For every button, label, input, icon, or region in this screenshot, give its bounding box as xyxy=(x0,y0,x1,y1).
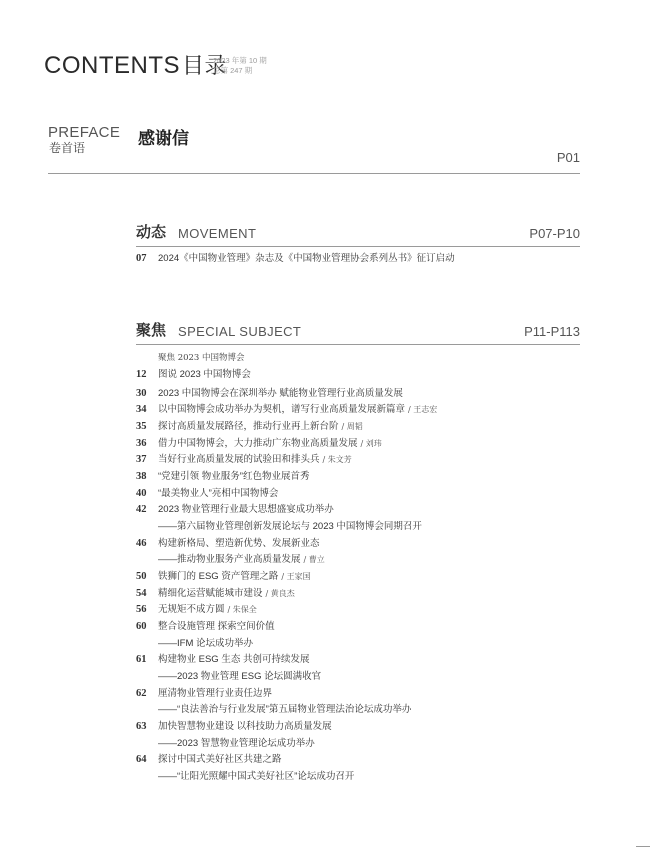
movement-page-range: P07-P10 xyxy=(529,226,580,241)
special-page-range: P11-P113 xyxy=(524,324,580,339)
preface-title[interactable]: 感谢信 xyxy=(138,129,189,149)
entry-author: / 周韬 xyxy=(342,422,363,431)
entry-author: / 黄良杰 xyxy=(266,589,295,598)
toc-entry[interactable]: 302023 中国物博会在深圳举办 赋能物业管理行业高质量发展 xyxy=(136,386,403,402)
entry-page-number: 63 xyxy=(136,719,158,735)
toc-entry[interactable]: 60整合设施管理 探索空间价值 xyxy=(136,619,275,635)
entry-title: 构建新格局、塑造新优势、发展新业态 xyxy=(158,538,320,549)
toc-entry[interactable]: 37当好行业高质量发展的试验田和排头兵/ 朱文芳 xyxy=(136,452,352,468)
entry-page-number: 40 xyxy=(136,486,158,502)
toc-entry-subtitle[interactable]: ——2023 物业管理 ESG 论坛圆满收官 xyxy=(136,669,321,685)
toc-entry[interactable]: 63加快智慧物业建设 以科技助力高质量发展 xyxy=(136,719,332,735)
entry-page-number: 37 xyxy=(136,452,158,468)
movement-label-zh: 动态 xyxy=(136,224,166,242)
entry-page-number: 38 xyxy=(136,469,158,485)
entry-title: 借力中国物博会，大力推动广东物业高质量发展 xyxy=(158,438,358,449)
toc-entry-subtitle[interactable]: ——第六届物业管理创新发展论坛与 2023 中国物博会同期召开 xyxy=(136,519,422,535)
entry-page-number: 54 xyxy=(136,586,158,602)
toc-entry[interactable]: 64探讨中国式美好社区共建之路 xyxy=(136,752,282,768)
entry-subtitle: ——推动物业服务产业高质量发展 xyxy=(158,554,301,565)
entry-title: 2024《中国物业管理》杂志及《中国物业管理协会系列丛书》征订启动 xyxy=(158,253,455,264)
toc-entry[interactable]: 12图说 2023 中国物博会 xyxy=(136,367,251,383)
entry-author: / 朱文芳 xyxy=(323,455,352,464)
entry-page-number: 35 xyxy=(136,419,158,435)
toc-entry[interactable]: 46构建新格局、塑造新优势、发展新业态 xyxy=(136,536,320,552)
entry-author: / 刘玮 xyxy=(361,439,382,448)
entry-page-number: 46 xyxy=(136,536,158,552)
entry-page-number: 62 xyxy=(136,686,158,702)
entry-title: 厘清物业管理行业责任边界 xyxy=(158,688,272,699)
entry-title: 图说 2023 中国物博会 xyxy=(158,369,251,380)
entry-page-number: 34 xyxy=(136,402,158,418)
toc-entry[interactable]: 35探讨高质量发展路径，推动行业再上新台阶/ 周韬 xyxy=(136,419,363,435)
toc-entry[interactable]: 072024《中国物业管理》杂志及《中国物业管理协会系列丛书》征订启动 xyxy=(136,251,455,267)
preface-label-zh: 卷首语 xyxy=(49,141,85,155)
entry-title: 精细化运营赋能城市建设 xyxy=(158,588,263,599)
entry-title: 探讨中国式美好社区共建之路 xyxy=(158,754,282,765)
entry-title: 铁狮门的 ESG 资产管理之路 xyxy=(158,571,278,582)
entry-title: 探讨高质量发展路径，推动行业再上新台阶 xyxy=(158,421,339,432)
special-divider xyxy=(136,344,580,345)
entry-title: 当好行业高质量发展的试验田和排头兵 xyxy=(158,454,320,465)
entry-author: / 朱保全 xyxy=(228,605,257,614)
entry-page-number: 64 xyxy=(136,752,158,768)
entry-subtitle: ——2023 智慧物业管理论坛成功举办 xyxy=(158,738,315,749)
toc-entry-subtitle[interactable]: ——IFM 论坛成功举办 xyxy=(136,636,253,652)
entry-subtitle: ——2023 物业管理 ESG 论坛圆满收官 xyxy=(158,671,321,682)
entry-author: / 曹立 xyxy=(304,555,325,564)
entry-page-number: 30 xyxy=(136,386,158,402)
entry-title: 整合设施管理 探索空间价值 xyxy=(158,621,275,632)
toc-entry-subtitle[interactable]: ——“良法善治与行业发展”第五届物业管理法治论坛成功举办 xyxy=(136,702,411,718)
special-label-en: SPECIAL SUBJECT xyxy=(178,323,301,341)
entry-page-number: 56 xyxy=(136,602,158,618)
entry-page-number: 60 xyxy=(136,619,158,635)
movement-label-en: MOVEMENT xyxy=(178,225,256,243)
group-label: 聚焦 2023 中国物博会 xyxy=(158,352,245,364)
entry-page-number: 50 xyxy=(136,569,158,585)
issue-line-2: 总第 247 期 xyxy=(213,66,267,76)
entry-subtitle: ——第六届物业管理创新发展论坛与 2023 中国物博会同期召开 xyxy=(158,521,422,532)
issue-info: 2023 年第 10 期 总第 247 期 xyxy=(213,56,267,76)
toc-entry[interactable]: 50铁狮门的 ESG 资产管理之路/ 王家国 xyxy=(136,569,311,585)
entry-title: 2023 中国物博会在深圳举办 赋能物业管理行业高质量发展 xyxy=(158,388,403,399)
special-label-zh: 聚焦 xyxy=(136,322,166,340)
entry-page-number: 12 xyxy=(136,367,158,383)
toc-entry[interactable]: 422023 物业管理行业最大思想盛宴成功举办 xyxy=(136,502,334,518)
entry-subtitle: ——IFM 论坛成功举办 xyxy=(158,638,253,649)
entry-title: 构建物业 ESG 生态 共创可持续发展 xyxy=(158,654,309,665)
preface-divider xyxy=(48,173,580,174)
entry-page-number: 61 xyxy=(136,652,158,668)
toc-entry[interactable]: 38“党建引领 物业服务”红色物业展首秀 xyxy=(136,469,309,485)
entry-title: 无规矩不成方圆 xyxy=(158,604,225,615)
entry-title: 2023 物业管理行业最大思想盛宴成功举办 xyxy=(158,504,334,515)
toc-entry-subtitle[interactable]: ——“让阳光照耀中国式美好社区”论坛成功召开 xyxy=(136,769,354,785)
preface-label-en: PREFACE xyxy=(48,125,120,141)
toc-entry[interactable]: 56无规矩不成方圆/ 朱保全 xyxy=(136,602,257,618)
entry-subtitle: ——“让阳光照耀中国式美好社区”论坛成功召开 xyxy=(158,771,354,782)
corner-mark xyxy=(636,846,650,847)
toc-entry[interactable]: 36借力中国物博会，大力推动广东物业高质量发展/ 刘玮 xyxy=(136,436,382,452)
entry-title: “最美物业人”亮相中国物博会 xyxy=(158,488,278,499)
entry-title: 以中国物博会成功举办为契机，谱写行业高质量发展新篇章 xyxy=(158,404,405,415)
contents-title-en: CONTENTS xyxy=(44,52,180,79)
entry-subtitle: ——“良法善治与行业发展”第五届物业管理法治论坛成功举办 xyxy=(158,704,411,715)
entry-page-number: 42 xyxy=(136,502,158,518)
toc-entry[interactable]: 61构建物业 ESG 生态 共创可持续发展 xyxy=(136,652,309,668)
movement-divider xyxy=(136,246,580,247)
toc-entry[interactable]: 34以中国物博会成功举办为契机，谱写行业高质量发展新篇章/ 王志宏 xyxy=(136,402,437,418)
toc-entry[interactable]: 54精细化运营赋能城市建设/ 黄良杰 xyxy=(136,586,295,602)
entry-page-number: 36 xyxy=(136,436,158,452)
preface-page-ref: P01 xyxy=(557,150,580,165)
toc-entry[interactable]: 62厘清物业管理行业责任边界 xyxy=(136,686,272,702)
toc-entry[interactable]: 40“最美物业人”亮相中国物博会 xyxy=(136,486,278,502)
toc-entry-subtitle[interactable]: ——2023 智慧物业管理论坛成功举办 xyxy=(136,736,315,752)
entry-author: / 王志宏 xyxy=(408,405,437,414)
entry-author: / 王家国 xyxy=(281,572,310,581)
entry-page-number: 07 xyxy=(136,251,158,267)
contents-title: CONTENTS目录 xyxy=(44,52,227,81)
toc-entry-subtitle[interactable]: ——推动物业服务产业高质量发展/ 曹立 xyxy=(136,552,325,568)
entry-title: 加快智慧物业建设 以科技助力高质量发展 xyxy=(158,721,332,732)
issue-line-1: 2023 年第 10 期 xyxy=(213,56,267,66)
entry-title: “党建引领 物业服务”红色物业展首秀 xyxy=(158,471,309,482)
